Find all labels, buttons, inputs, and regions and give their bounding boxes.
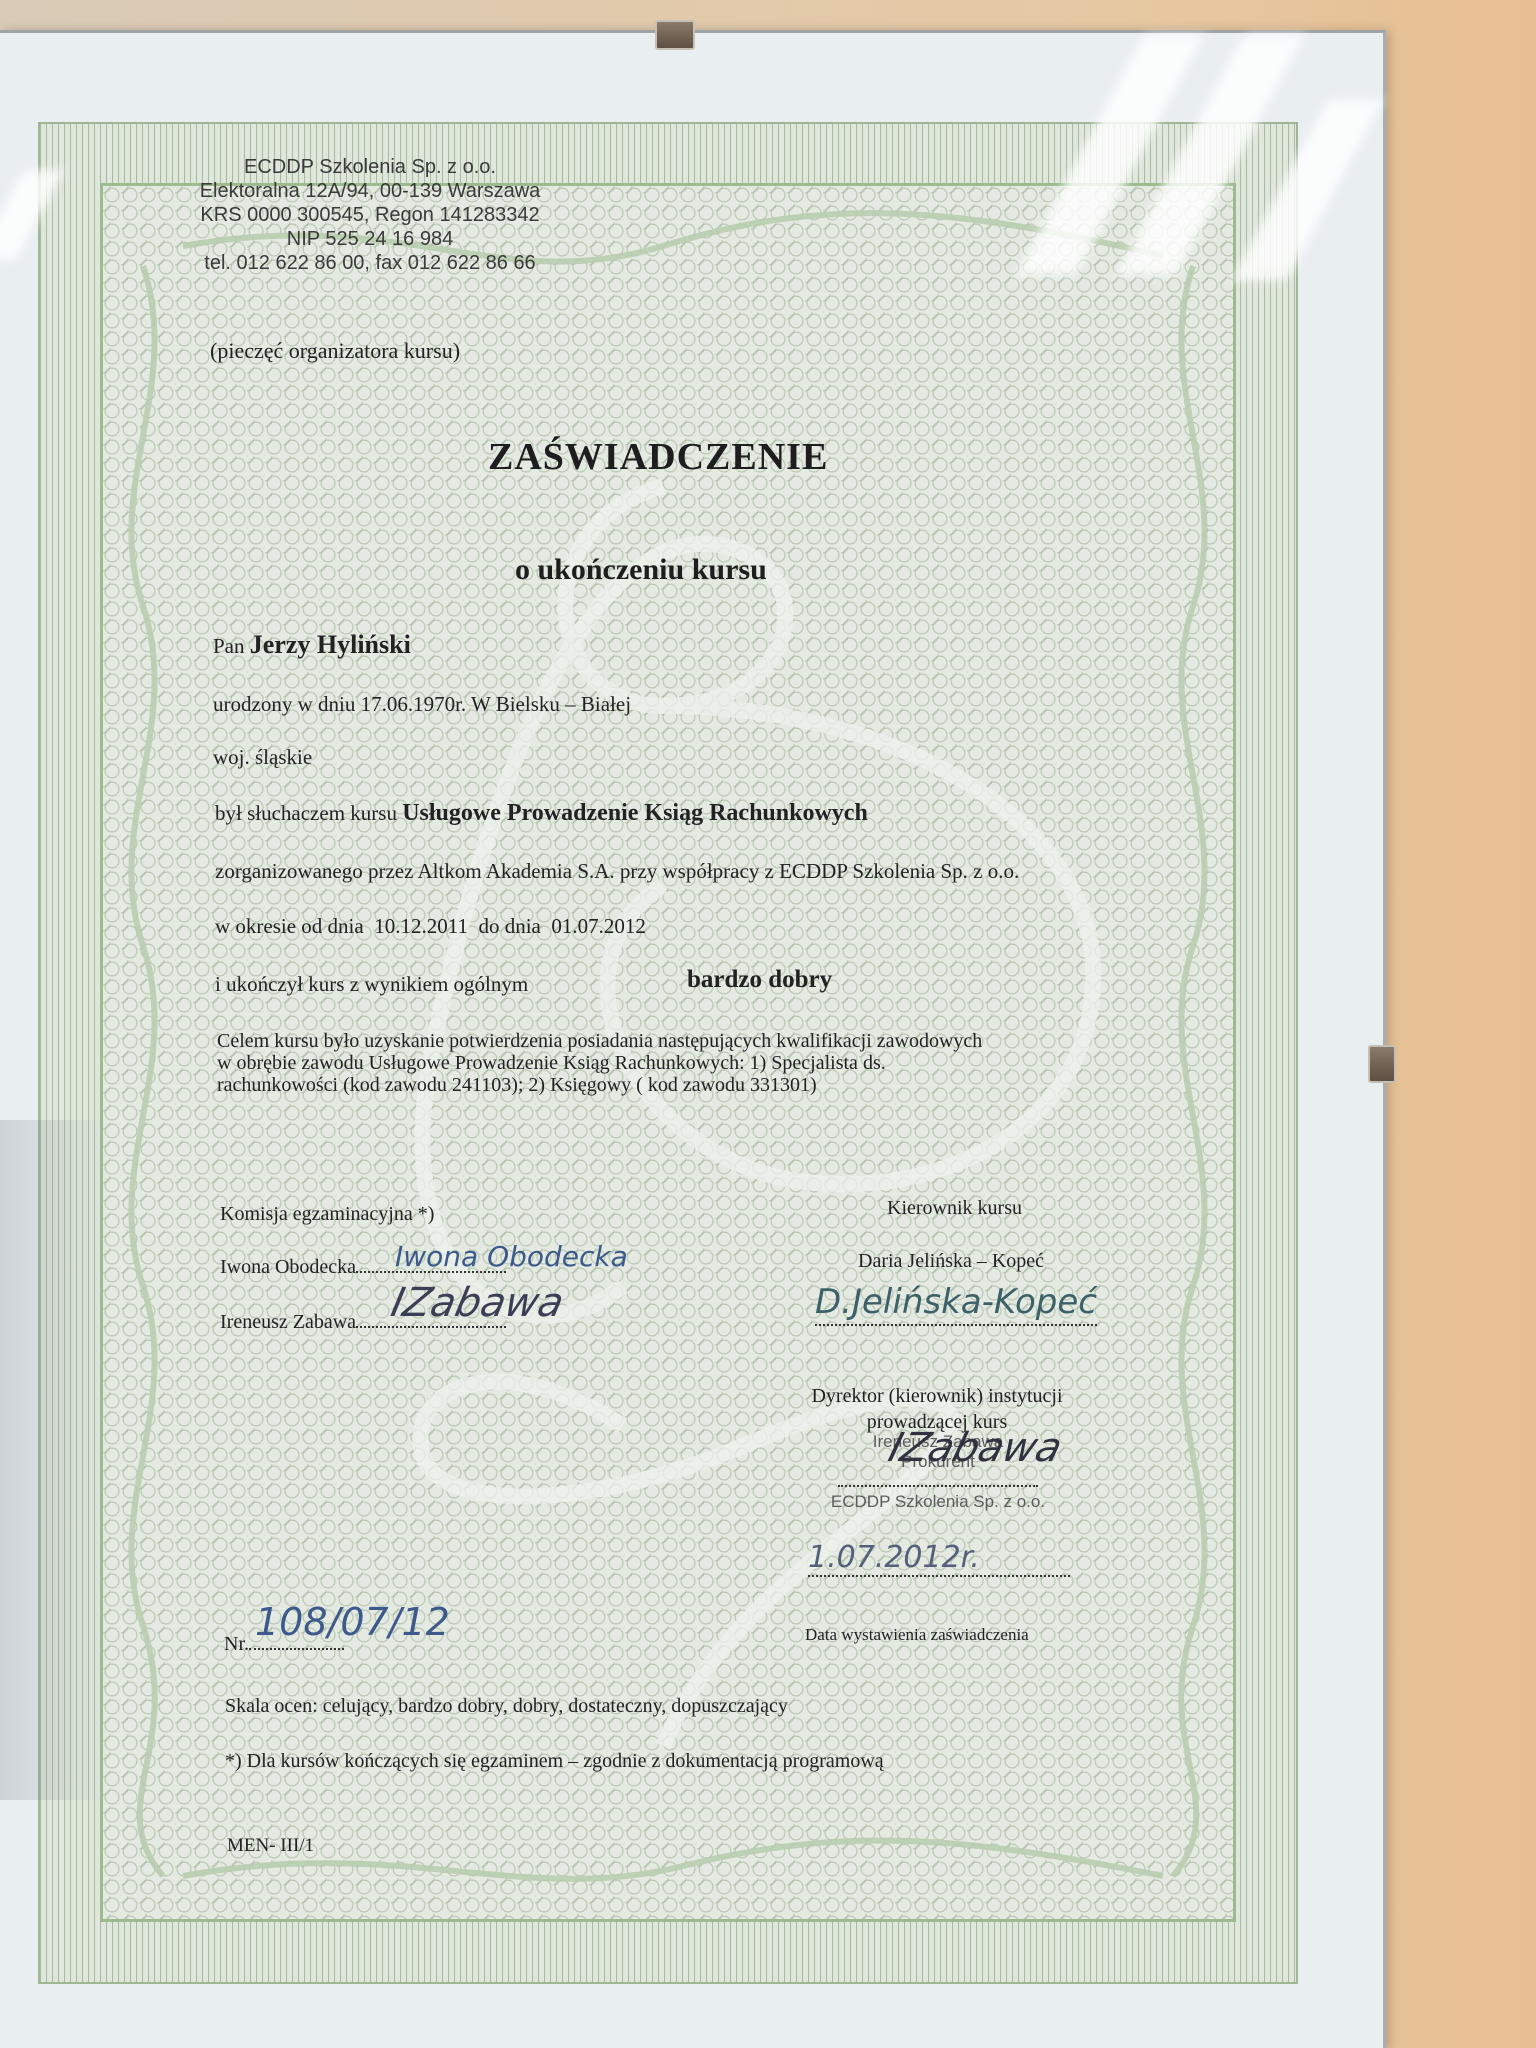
frame-clip-side — [1368, 1045, 1396, 1083]
certificate-title: ZAŚWIADCZENIE — [488, 435, 828, 479]
stamp-line: Elektoralna 12A/94, 00-139 Warszawa — [170, 179, 570, 203]
stamp-line: ECDDP Szkolenia Sp. z o.o. — [170, 155, 570, 179]
recipient-name: Jerzy Hyliński — [250, 630, 411, 659]
director-label-line: Dyrektor (kierownik) instytucji — [792, 1383, 1082, 1409]
signature-obodecka: Iwona Obodecka — [395, 1240, 628, 1273]
frame-clip-top — [655, 20, 695, 50]
commission-label: Komisja egzaminacyjna *) — [220, 1203, 434, 1226]
region-line: woj. śląskie — [213, 745, 312, 770]
course-prefix: był słuchaczem kursu — [215, 801, 397, 825]
member-name: Ireneusz Zabawa — [220, 1311, 356, 1333]
number-prefix: Nr. — [224, 1633, 249, 1655]
issue-date-label: Data wystawienia zaświadczenia — [805, 1625, 1029, 1645]
organizer-stamp: ECDDP Szkolenia Sp. z o.o. Elektoralna 1… — [170, 155, 570, 275]
purpose-text: Celem kursu było uzyskanie potwierdzenia… — [217, 1030, 982, 1096]
purpose-line: rachunkowości (kod zawodu 241103); 2) Ks… — [217, 1074, 982, 1096]
period-prefix: w okresie od dnia — [215, 914, 364, 938]
stamp-line: KRS 0000 300545, Regon 141283342 — [170, 203, 570, 227]
member-name: Iwona Obodecka — [220, 1256, 356, 1278]
course-manager-label: Kierownik kursu — [887, 1197, 1022, 1220]
form-code: MEN- III/1 — [227, 1835, 314, 1857]
stamp-line: NIP 525 24 16 984 — [170, 227, 570, 251]
signature-director: IZabawa — [884, 1425, 1067, 1471]
organized-by-line: zorganizowanego przez Altkom Akademia S.… — [215, 859, 1019, 884]
result-prefix: i ukończył kurs z wynikiem ogólnym — [215, 972, 528, 997]
course-name: Usługowe Prowadzenie Ksiąg Rachunkowych — [402, 800, 868, 826]
certificate-subtitle: o ukończeniu kursu — [515, 553, 767, 587]
grading-scale: Skala ocen: celujący, bardzo dobry, dobr… — [225, 1695, 788, 1718]
recipient-line: Pan Jerzy Hyliński — [213, 630, 411, 660]
purpose-line: w obrębie zawodu Usługowe Prowadzenie Ks… — [217, 1052, 982, 1074]
signature-course-manager: D.Jelińska-Kopeć — [815, 1282, 1097, 1326]
issue-date-value: 1.07.2012r. — [808, 1540, 1070, 1577]
date-from: 10.12.2011 — [374, 914, 468, 938]
course-manager-name: Daria Jelińska – Kopeć — [858, 1250, 1044, 1273]
stamp-line: ECDDP Szkolenia Sp. z o.o. — [808, 1492, 1068, 1512]
course-line: był słuchaczem kursu Usługowe Prowadzeni… — [215, 800, 868, 827]
stamp-line: tel. 012 622 86 00, fax 012 622 86 66 — [170, 251, 570, 275]
date-to: 01.07.2012 — [551, 914, 646, 938]
reflection-shadow — [0, 1120, 110, 1800]
signature-zabawa: IZabawa — [387, 1280, 568, 1326]
birth-line: urodzony w dniu 17.06.1970r. W Bielsku –… — [213, 692, 631, 717]
result-value: bardzo dobry — [687, 966, 832, 994]
stamp-caption: (pieczęć organizatora kursu) — [210, 338, 460, 364]
period-line: w okresie od dnia 10.12.2011 do dnia 01.… — [215, 914, 646, 939]
purpose-line: Celem kursu było uzyskanie potwierdzenia… — [217, 1030, 982, 1052]
number-value: 108/07/12 — [255, 1600, 450, 1644]
period-mid: do dnia — [478, 914, 540, 938]
footnote: *) Dla kursów kończących się egzaminem –… — [225, 1750, 884, 1773]
recipient-prefix: Pan — [213, 634, 245, 658]
